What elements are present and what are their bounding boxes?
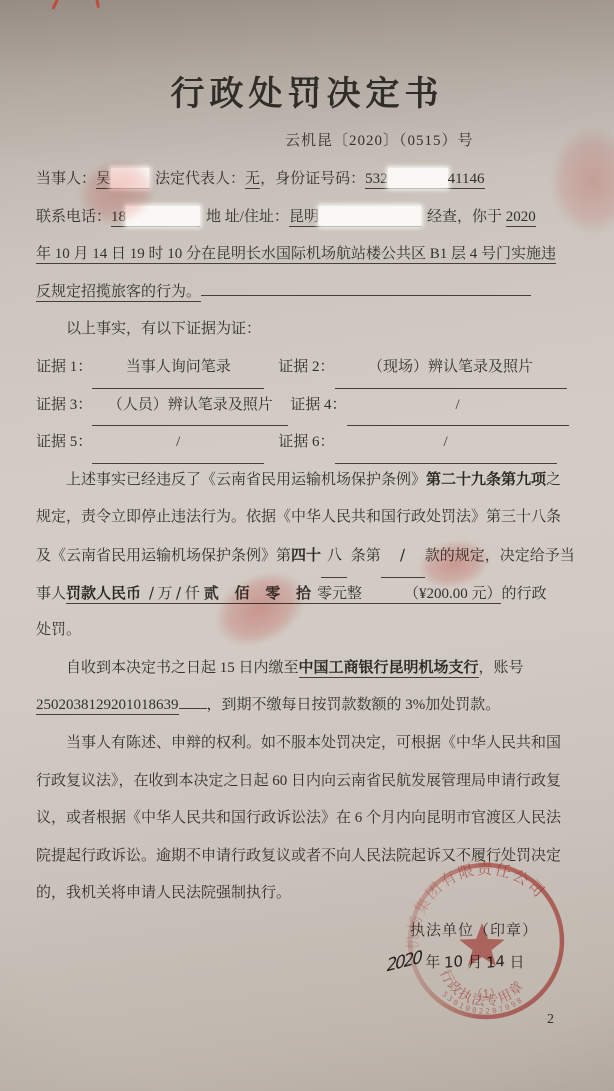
rights-line: 行政复议法》，在收到本决定之日起 60 日内向云南省民航发展管理局申请行政复 [36, 763, 588, 801]
page-number: 2 [547, 1012, 554, 1028]
redaction-mark [111, 168, 149, 188]
id-number-prefix: 532 [365, 171, 388, 187]
evidence-label: 证据 1： [36, 349, 92, 387]
fine-label: 罚款人民币 [66, 586, 141, 602]
handwritten-slash: / [149, 574, 154, 612]
ruling-text: 款的规定，决定给予当 [425, 548, 575, 564]
ruling-text: 及《云南省民用运输机场保护条例》第 [36, 548, 291, 564]
month-label: 月 [467, 955, 482, 971]
handwritten-month: 10 [444, 952, 463, 972]
payment-line: 2502038129201018639，到期不缴每日按罚款数额的 3%加处罚款。 [36, 687, 588, 725]
legal-rep-label: 法定代表人： [155, 171, 245, 187]
handwritten-article: 八 [327, 536, 342, 575]
payment-text: 自收到本决定书之日起 15 日内缴至 [66, 660, 299, 676]
handwritten-slash: / [176, 574, 181, 612]
evidence-row: 证据 3：（人员）辨认笔录及照片证据 4：/ [36, 387, 588, 425]
payment-line: 自收到本决定书之日起 15 日内缴至中国工商银行昆明机场支行，账号 [36, 650, 588, 688]
red-pen-mark [51, 0, 59, 10]
document-body: 当事人：吴法定代表人：无，身份证号码：53241146 联系电话：18地 址/住… [36, 161, 588, 913]
party-line: 当事人：吴法定代表人：无，身份证号码：53241146 [36, 161, 588, 199]
evidence-value: / [347, 387, 569, 427]
contact-line: 联系电话：18地 址/住址：昆明经查，你于 2020 [36, 199, 588, 237]
evidence-value: / [335, 424, 557, 464]
bank-name: 中国工商银行昆明机场支行 [299, 660, 479, 678]
ruling-line: 规定，责令立即停止违法行为。依据《中华人民共和国行政处罚法》第三十八条 [36, 499, 588, 537]
enforcement-unit-label: 执法单位（印章） [410, 919, 538, 940]
phone-prefix: 18 [111, 209, 126, 225]
party-label: 当事人： [36, 171, 96, 187]
fine-amount-field: 罚款人民币 / 万 / 仟 贰 佰 零 拾零元整（¥200.00 元） [66, 586, 501, 604]
article-number: 四十 [291, 548, 321, 564]
phone-field: 18 [111, 209, 200, 227]
document-number: 云机昆〔2020〕（0515）号 [285, 129, 474, 150]
evidence-label: 证据 3： [36, 387, 92, 425]
address-field: 昆明 [289, 209, 421, 227]
evidence-label: 证据 4： [290, 387, 346, 425]
seal-inner-title: 行政执法专用章 [437, 967, 527, 1009]
fine-digits: 贰 佰 零 拾 [204, 586, 317, 602]
evidence-value: 当事人询问笔录 [92, 349, 264, 389]
ruling-text: 的行政 [501, 586, 546, 602]
fine-unit: 仟 [185, 586, 200, 602]
handwritten-date: 2020年10月14日 [386, 951, 529, 972]
red-pen-mark [95, 0, 100, 8]
evidence-intro: 以上事实，有以下证据为证： [36, 311, 588, 349]
handwritten-day: 14 [486, 952, 505, 972]
violation-text: 反规定招揽旅客的行为。 [36, 284, 201, 302]
ruling-text: 上述事实已经违反了《云南省民用运输机场保护条例》 [66, 472, 426, 488]
payment-text: ，到期不缴每日按罚款数额的 3%加处罚款。 [207, 697, 501, 713]
investigation-lead: 经查，你于 [427, 209, 502, 225]
day-label: 日 [509, 955, 524, 971]
handwritten-clause: / [400, 537, 405, 575]
phone-label: 联系电话： [36, 209, 111, 225]
legal-rep-value: 无 [245, 171, 260, 189]
address-label: 地 址/住址： [206, 209, 289, 225]
ruling-line: 及《云南省民用运输机场保护条例》第四十八 条第/款的规定，决定给予当 [36, 537, 588, 575]
handwritten-clause-slot: / [381, 537, 425, 578]
rights-line: 议，或者根据《中华人民共和国行政诉讼法》在 6 个月内向昆明市官渡区人民法 [36, 800, 588, 838]
violation-year: 2020 [506, 209, 536, 227]
evidence-value: （现场）辨认笔录及照片 [335, 349, 567, 389]
party-name-field: 吴 [96, 171, 149, 189]
handwritten-article-slot: 八 [321, 537, 347, 578]
blank-underline [201, 280, 531, 296]
rights-line: 当事人有陈述、申辩的权利。如不服本处罚决定，可根据《中华人民共和国 [36, 725, 588, 763]
blank-underline [179, 693, 207, 709]
penalty-decision-document: 行政处罚决定书 云机昆〔2020〕（0515）号 当事人：吴法定代表人：无，身份… [0, 0, 614, 1091]
redaction-mark [388, 168, 448, 188]
redaction-mark [319, 206, 421, 226]
seal-index: （1） [471, 987, 502, 1001]
ruling-line: 处罚。 [36, 612, 588, 650]
document-title: 行政处罚决定书 [0, 66, 614, 115]
ruling-text: 事人 [36, 586, 66, 602]
evidence-row: 证据 1：当事人询问笔录证据 2：（现场）辨认笔录及照片 [36, 349, 588, 387]
handwritten-year: 2020 [385, 947, 423, 977]
fine-unit: 万 [157, 586, 172, 602]
ruling-text: 之 [546, 472, 561, 488]
ruling-text: 条第 [351, 548, 381, 564]
fine-numeric: （¥200.00 元） [404, 586, 502, 602]
evidence-label: 证据 6： [278, 424, 334, 462]
ruling-line: 上述事实已经违反了《云南省民用运输机场保护条例》第二十九条第九项之 [36, 462, 588, 500]
rights-line: 院提起行政诉讼。逾期不申请行政复议或者不向人民法院起诉又不履行处罚决定 [36, 838, 588, 876]
address-prefix: 昆明 [289, 209, 319, 225]
id-label: ，身份证号码： [260, 171, 365, 187]
violation-text: 年 10 月 14 日 19 时 10 分在昆明长水国际机场航站楼公共区 B1 … [36, 246, 556, 264]
party-name: 吴 [96, 171, 111, 187]
evidence-row: 证据 5：/证据 6：/ [36, 424, 588, 462]
account-number: 2502038129201018639 [36, 697, 179, 715]
violation-line: 年 10 月 14 日 19 时 10 分在昆明长水国际机场航站楼公共区 B1 … [36, 236, 588, 274]
evidence-value: （人员）辨认笔录及照片 [92, 387, 288, 427]
violation-line: 反规定招揽旅客的行为。 [36, 274, 588, 312]
redaction-mark [126, 206, 200, 226]
id-number-suffix: 41146 [448, 171, 485, 187]
rights-line: 的，我机关将申请人民法院强制执行。 [36, 875, 588, 913]
seal-code: 5301002207098 [440, 989, 525, 1015]
fine-tail: 零元整 [317, 586, 362, 602]
evidence-label: 证据 2： [278, 349, 334, 387]
payment-text: ，账号 [479, 660, 524, 676]
evidence-value: / [92, 424, 264, 464]
evidence-label: 证据 5： [36, 424, 92, 462]
cited-article: 第二十九条第九项 [426, 472, 546, 488]
fine-line: 事人罚款人民币 / 万 / 仟 贰 佰 零 拾零元整（¥200.00 元）的行政 [36, 575, 588, 613]
id-number-field: 53241146 [365, 171, 484, 189]
year-label: 年 [425, 955, 440, 971]
